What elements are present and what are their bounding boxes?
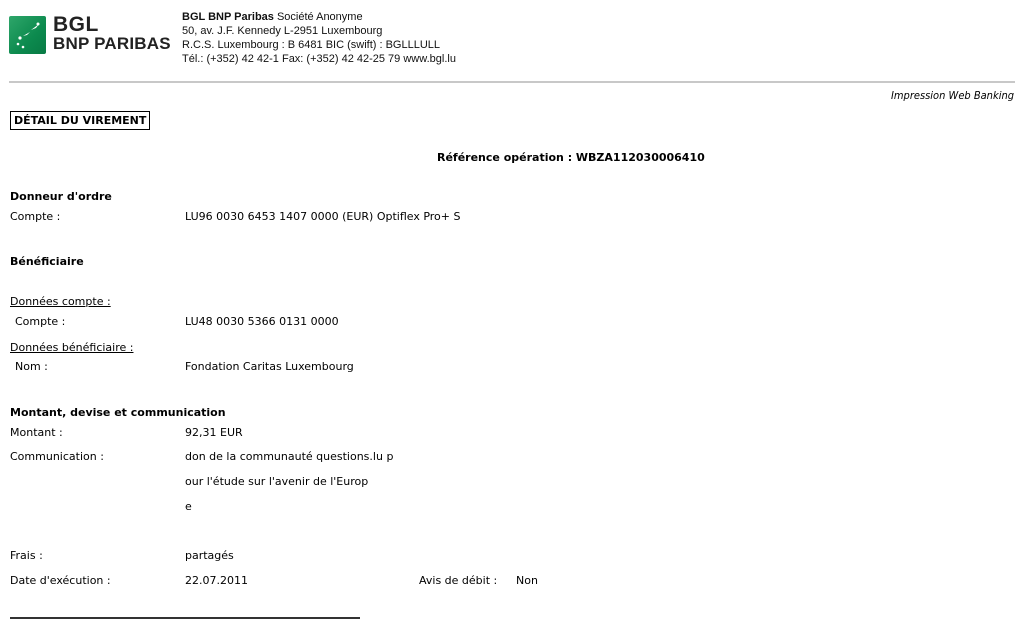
nom-label: Nom : — [15, 360, 48, 374]
montant-label: Montant : — [10, 426, 63, 440]
operation-reference: Référence opération : WBZA112030006410 — [437, 151, 705, 164]
donneur-compte-value: LU96 0030 6453 1407 0000 (EUR) Optiflex … — [185, 210, 460, 224]
footer-divider — [10, 617, 360, 619]
company-type: Société Anonyme — [274, 11, 363, 23]
header-divider — [9, 81, 1015, 83]
address-line: 50, av. J.F. Kennedy L-2951 Luxembourg — [182, 24, 456, 38]
avis-label: Avis de débit : — [419, 574, 497, 588]
logo-line1: BGL — [53, 15, 171, 34]
donneur-heading: Donneur d'ordre — [10, 190, 112, 204]
donneur-compte-label: Compte : — [10, 210, 60, 224]
avis-value: Non — [516, 574, 538, 588]
donnees-beneficiaire-label: Données bénéficiaire : — [10, 341, 133, 355]
donnees-compte-label: Données compte : — [10, 295, 111, 309]
page-title: DÉTAIL DU VIREMENT — [10, 111, 150, 130]
logo-line2: BNP PARIBAS — [53, 34, 171, 53]
communication-line: e — [185, 500, 192, 514]
date-label: Date d'exécution : — [10, 574, 111, 588]
bank-address: BGL BNP Paribas Société Anonyme 50, av. … — [182, 10, 456, 66]
communication-line: don de la communauté questions.lu p — [185, 450, 393, 464]
beneficiaire-compte-label: Compte : — [15, 315, 65, 329]
company-name: BGL BNP Paribas — [182, 11, 274, 23]
nom-value: Fondation Caritas Luxembourg — [185, 360, 354, 374]
montant-value: 92,31 EUR — [185, 426, 243, 440]
frais-label: Frais : — [10, 549, 43, 563]
logo-wordmark: BGL BNP PARIBAS — [53, 15, 171, 53]
frais-value: partagés — [185, 549, 234, 563]
print-label: Impression Web Banking — [891, 89, 1014, 102]
beneficiaire-heading: Bénéficiaire — [10, 255, 84, 269]
communication-label: Communication : — [10, 450, 104, 464]
montant-heading: Montant, devise et communication — [10, 406, 226, 420]
rcs-line: R.C.S. Luxembourg : B 6481 BIC (swift) :… — [182, 38, 456, 52]
bnp-stars-logo-icon — [9, 16, 46, 54]
communication-line: our l'étude sur l'avenir de l'Europ — [185, 475, 368, 489]
contact-line: Tél.: (+352) 42 42-1 Fax: (+352) 42 42-2… — [182, 52, 456, 66]
date-value: 22.07.2011 — [185, 574, 248, 588]
beneficiaire-compte-value: LU48 0030 5366 0131 0000 — [185, 315, 339, 329]
